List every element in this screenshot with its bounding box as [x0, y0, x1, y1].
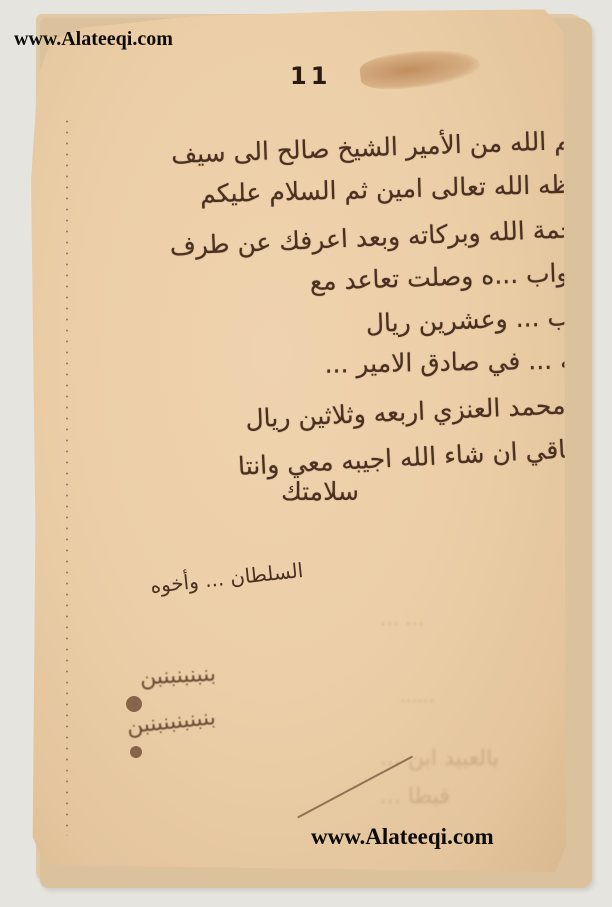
manuscript-page: 11 بسم الله من الأمير الشيخ صالح الى سيف… — [30, 6, 566, 872]
binding-holes — [66, 116, 68, 836]
brown-stain — [358, 45, 481, 93]
letter-body: بسم الله من الأمير الشيخ صالح الى سيف حف… — [100, 118, 600, 514]
watermark-bottom: www.Alateeqi.com — [311, 824, 494, 850]
seal-line: بنبنبنبنبن — [119, 652, 217, 703]
bleed-through-text: ...... — [400, 686, 434, 707]
signature: السلطان ... وأخوه — [149, 558, 304, 598]
bleed-through-text: ... ... — [380, 606, 425, 630]
bleed-through-text: قيطا ... — [380, 784, 450, 809]
ink-blot — [126, 696, 142, 712]
letter-line: فانه ... في صادق الامير ... — [100, 338, 601, 391]
bleed-through-text: بالعبيد ابن ... — [380, 746, 499, 771]
watermark-top: www.Alateeqi.com — [14, 28, 173, 51]
ink-blot — [130, 746, 142, 758]
page-number: 11 — [290, 62, 331, 90]
